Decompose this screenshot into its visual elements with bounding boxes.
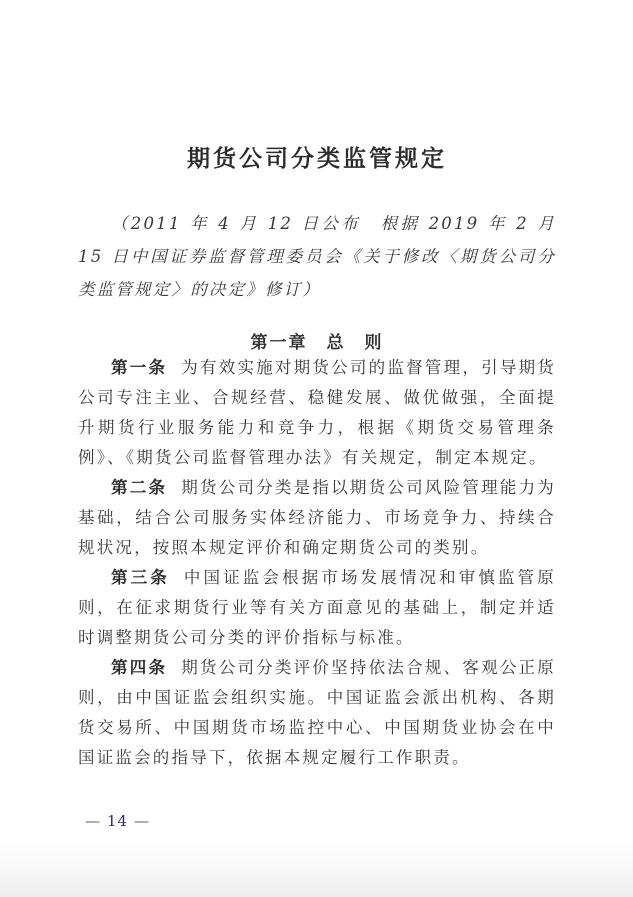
article-4: 第四条期货公司分类评价坚持依法合规、客观公正原则，由中国证监会组织实施。中国证监… (78, 653, 556, 773)
page-number-value: 14 (107, 812, 128, 830)
article-1-label: 第一条 (111, 358, 167, 377)
document-title: 期货公司分类监管规定 (78, 140, 556, 173)
article-2-label: 第二条 (111, 478, 167, 497)
article-3: 第三条中国证监会根据市场发展情况和审慎监管原则，在征求期货行业等有关方面意见的基… (78, 563, 556, 653)
page-number: —14— (85, 812, 150, 830)
chapter-heading: 第一章 总 则 (78, 328, 556, 353)
article-3-label: 第三条 (111, 568, 170, 587)
page-number-dash-right: — (134, 812, 150, 830)
revision-preamble: （2011 年 4 月 12 日公布 根据 2019 年 2 月 15 日中国证… (78, 207, 556, 306)
article-1: 第一条为有效实施对期货公司的监督管理，引导期货公司专注主业、合规经营、稳健发展、… (78, 353, 556, 473)
document-page: 期货公司分类监管规定 （2011 年 4 月 12 日公布 根据 2019 年 … (0, 0, 633, 897)
page-number-dash-left: — (85, 812, 101, 830)
article-2: 第二条期货公司分类是指以期货公司风险管理能力为基础，结合公司服务实体经济能力、市… (78, 473, 556, 563)
article-4-label: 第四条 (111, 658, 167, 677)
